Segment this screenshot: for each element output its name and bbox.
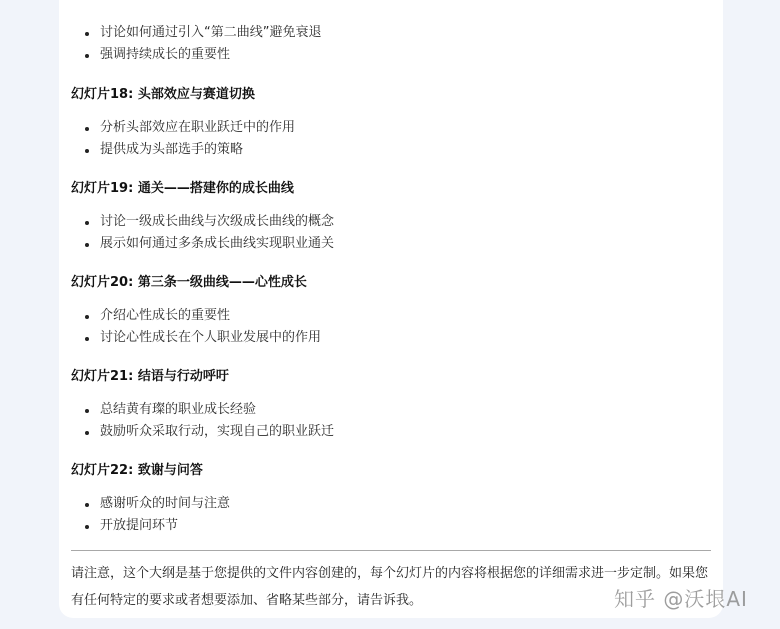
slide-17-bullets: 讨论如何通过引入“第二曲线”避免衰退 强调持续成长的重要性: [71, 22, 321, 66]
bullet-item: 开放提问环节: [71, 515, 230, 537]
slide-22-heading: 幻灯片22: 致谢与问答: [71, 459, 203, 478]
slide-19-bullets: 讨论一级成长曲线与次级成长曲线的概念 展示如何通过多条成长曲线实现职业通关: [71, 211, 334, 255]
slide-19-heading: 幻灯片19: 通关——搭建你的成长曲线: [71, 177, 294, 196]
slide-18-bullets: 分析头部效应在职业跃迁中的作用 提供成为头部选手的策略: [71, 117, 295, 161]
bullet-item: 鼓励听众采取行动，实现自己的职业跃迁: [71, 421, 334, 443]
bullet-item: 感谢听众的时间与注意: [71, 493, 230, 515]
bullet-item: 强调持续成长的重要性: [71, 44, 321, 66]
bullet-item: 提供成为头部选手的策略: [71, 139, 295, 161]
bullet-item: 分析头部效应在职业跃迁中的作用: [71, 117, 295, 139]
bullet-item: 讨论心性成长在个人职业发展中的作用: [71, 327, 321, 349]
bullet-item: 展示如何通过多条成长曲线实现职业通关: [71, 233, 334, 255]
slide-22-bullets: 感谢听众的时间与注意 开放提问环节: [71, 493, 230, 537]
divider: [71, 550, 711, 551]
bullet-item: 总结黄有璨的职业成长经验: [71, 399, 334, 421]
slide-21-bullets: 总结黄有璨的职业成长经验 鼓励听众采取行动，实现自己的职业跃迁: [71, 399, 334, 443]
bullet-item: 讨论如何通过引入“第二曲线”避免衰退: [71, 22, 321, 44]
slide-21-heading: 幻灯片21: 结语与行动呼吁: [71, 365, 229, 384]
slide-20-heading: 幻灯片20: 第三条一级曲线——心性成长: [71, 271, 307, 290]
bullet-item: 介绍心性成长的重要性: [71, 305, 321, 327]
bullet-item: 讨论一级成长曲线与次级成长曲线的概念: [71, 211, 334, 233]
slide-20-bullets: 介绍心性成长的重要性 讨论心性成长在个人职业发展中的作用: [71, 305, 321, 349]
slide-18-heading: 幻灯片18: 头部效应与赛道切换: [71, 83, 255, 102]
zhihu-watermark: 知乎 @沃垠AI: [614, 583, 748, 612]
